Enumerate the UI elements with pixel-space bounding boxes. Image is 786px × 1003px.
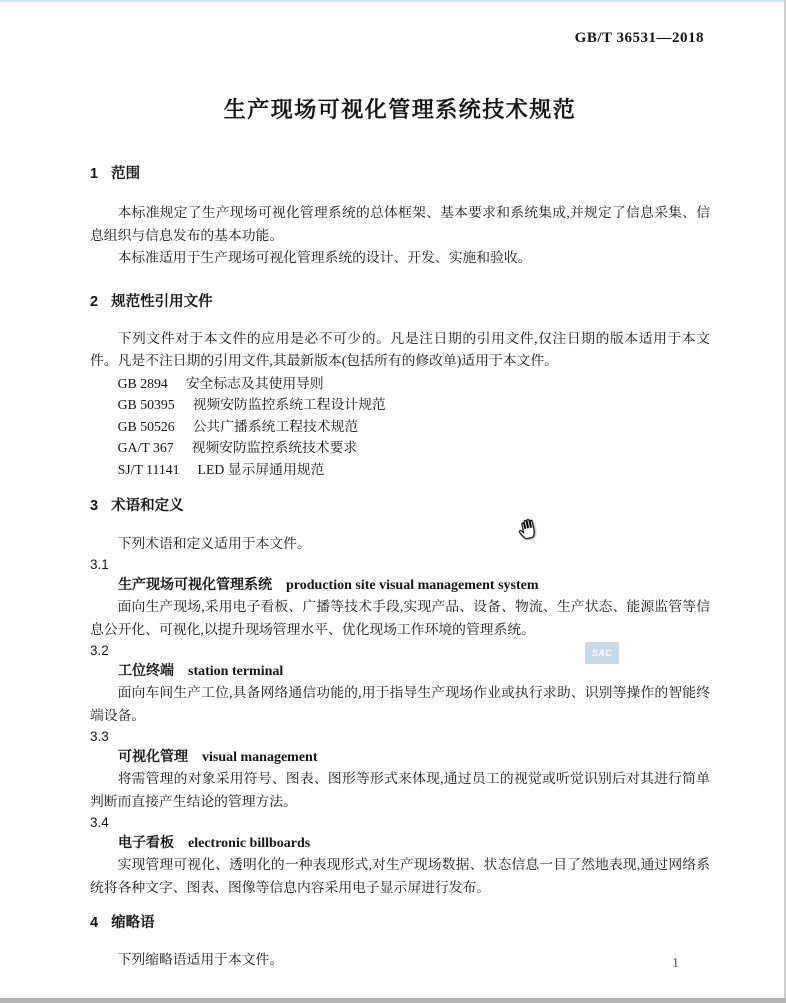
section-title: 规范性引用文件 xyxy=(111,294,213,310)
section-heading-scope: 1范围 xyxy=(90,164,710,184)
reference-title: 公共广播系统工程技术规范 xyxy=(193,419,359,434)
reference-code: GB 50526 xyxy=(118,419,175,434)
section-number: 2 xyxy=(90,294,98,310)
reference-item: GB 50526公共广播系统工程技术规范 xyxy=(90,416,710,438)
paragraph: 下列术语和定义适用于本文件。 xyxy=(90,533,710,555)
term-chinese: 电子看板 xyxy=(118,834,174,850)
term-definition: 面向生产现场,采用电子看板、广播等技术手段,实现产品、设备、物流、生产状态、能源… xyxy=(90,596,710,641)
term-english: production site visual management system xyxy=(286,578,539,593)
term-chinese: 工位终端 xyxy=(118,662,174,678)
section-heading-normative-references: 2规范性引用文件 xyxy=(90,292,710,312)
reference-code: SJ/T 11141 xyxy=(118,462,180,477)
paragraph: 下列文件对于本文件的应用是必不可少的。凡是注日期的引用文件,仅注日期的版本适用于… xyxy=(90,328,710,373)
page-bottom-edge xyxy=(0,998,786,1003)
paragraph: 本标准规定了生产现场可视化管理系统的总体框架、基本要求和系统集成,并规定了信息采… xyxy=(90,202,710,247)
hand-grab-cursor-icon xyxy=(511,511,543,543)
term-entry: 可视化管理visual management xyxy=(90,746,710,768)
paragraph: 本标准适用于生产现场可视化管理系统的设计、开发、实施和验收。 xyxy=(90,247,710,270)
reference-title: LED 显示屏通用规范 xyxy=(198,462,325,477)
section-heading-terms-definitions: 3术语和定义 xyxy=(90,496,710,516)
page-number: 1 xyxy=(672,956,679,972)
reference-title: 视频安防监控系统工程设计规范 xyxy=(193,397,386,412)
section-title: 术语和定义 xyxy=(111,498,184,514)
term-definition: 将需管理的对象采用符号、图表、图形等形式来体现,通过员工的视觉或听觉识别后对其进… xyxy=(90,768,710,813)
section-heading-abbreviations: 4缩略语 xyxy=(90,913,710,933)
document-page[interactable]: GB/T 36531—2018 生产现场可视化管理系统技术规范 1范围 本标准规… xyxy=(90,0,710,972)
reference-code: GB 2894 xyxy=(118,376,168,391)
section-number: 3 xyxy=(90,498,98,514)
term-entry: 生产现场可视化管理系统production site visual manage… xyxy=(90,574,710,596)
reference-item: SJ/T 11141LED 显示屏通用规范 xyxy=(90,459,710,481)
standard-code: GB/T 36531—2018 xyxy=(90,30,710,47)
section-number: 1 xyxy=(90,166,98,182)
paragraph: 下列缩略语适用于本文件。 xyxy=(90,949,710,972)
term-number: 3.1 xyxy=(90,555,710,574)
reference-code: GB 50395 xyxy=(118,397,175,412)
reference-code: GA/T 367 xyxy=(118,440,174,455)
term-chinese: 生产现场可视化管理系统 xyxy=(118,576,272,592)
reference-item: GB 2894安全标志及其使用导则 xyxy=(90,373,710,395)
reference-item: GA/T 367视频安防监控系统技术要求 xyxy=(90,437,710,459)
term-number: 3.4 xyxy=(90,813,710,832)
reference-title: 视频安防监控系统技术要求 xyxy=(192,440,358,455)
term-english: visual management xyxy=(202,750,318,765)
term-definition: 实现管理可视化、透明化的一种表现形式,对生产现场数据、状态信息一目了然地表现,通… xyxy=(90,854,710,899)
term-english: electronic billboards xyxy=(188,836,310,851)
reference-item: GB 50395视频安防监控系统工程设计规范 xyxy=(90,394,710,416)
term-definition: 面向车间生产工位,具备网络通信功能的,用于指导生产现场作业或执行求助、识别等操作… xyxy=(90,682,710,727)
document-title: 生产现场可视化管理系统技术规范 xyxy=(90,93,710,124)
term-chinese: 可视化管理 xyxy=(118,748,188,764)
section-number: 4 xyxy=(90,915,98,931)
section-title: 缩略语 xyxy=(111,915,155,931)
term-entry: 电子看板electronic billboards xyxy=(90,832,710,854)
sac-watermark: SAC xyxy=(585,642,619,664)
term-number: 3.3 xyxy=(90,727,710,746)
section-title: 范围 xyxy=(111,166,140,182)
reference-title: 安全标志及其使用导则 xyxy=(186,376,324,391)
term-english: station terminal xyxy=(188,664,283,679)
